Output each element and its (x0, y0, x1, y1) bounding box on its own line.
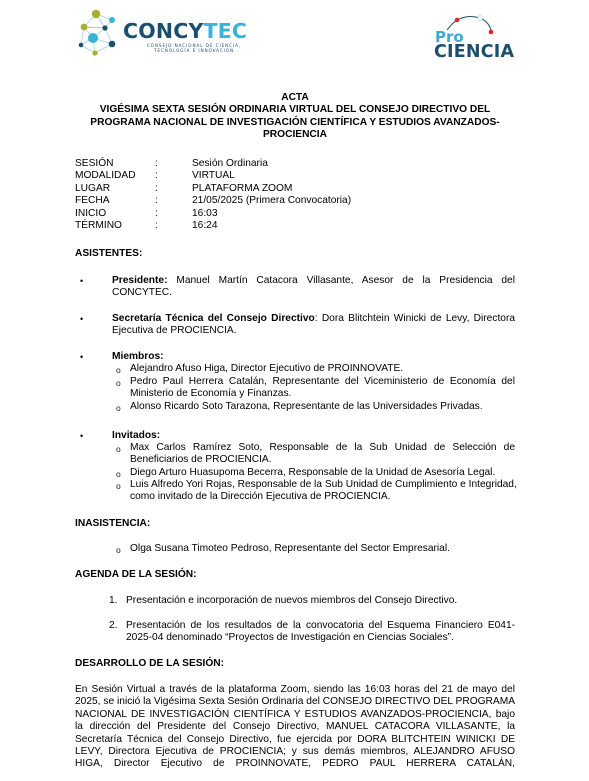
document-page: CONCYTEC CONSEJO NACIONAL DE CIENCIA, TE… (0, 0, 589, 781)
presidente-text-line2: CONCYTEC. (112, 287, 515, 299)
info-value: VIRTUAL (192, 170, 235, 182)
desarrollo-paragraph: En Sesión Virtual a través de la platafo… (75, 684, 515, 771)
agenda-item-number: 2. (109, 620, 118, 632)
paragraph-line: la dirección del Presidente del Consejo … (75, 721, 515, 733)
bullet-icon: • (80, 313, 83, 325)
prociencia-logo: Pro CIENCIA (430, 14, 530, 62)
info-value: 16:03 (192, 208, 218, 220)
info-label: SESIÓN (75, 158, 114, 170)
title-line-3: PROGRAMA NACIONAL DE INVESTIGACIÓN CIENT… (75, 117, 515, 129)
miembro-text-line2: Ministerio de Economía y Finanzas. (130, 388, 515, 400)
agenda-item-text-line1: Presentación e incorporación de nuevos m… (126, 595, 515, 607)
concytec-word-part1: CONCY (123, 19, 204, 43)
document-title: ACTA VIGÉSIMA SEXTA SESIÓN ORDINARIA VIR… (75, 92, 515, 142)
presidente-text-line1: Manuel Martín Catacora Villasante, Aseso… (167, 275, 515, 286)
sub-bullet-icon: o (116, 544, 121, 556)
info-label: LUGAR (75, 183, 110, 195)
concytec-wordmark: CONCYTEC (123, 20, 247, 42)
miembro-text-line1: Alonso Ricardo Soto Tarazona, Representa… (130, 401, 515, 413)
sub-bullet-icon: o (116, 402, 121, 414)
sub-bullet-icon: o (116, 480, 121, 492)
presidente-role: Presidente: (112, 275, 167, 286)
info-label: MODALIDAD (75, 170, 136, 182)
paragraph-line: LEVY, Directora Ejecutiva de PROCIENCIA;… (75, 746, 515, 758)
title-line-1: ACTA (75, 92, 515, 104)
invitado-text-line1: Luis Alfredo Yori Rojas, Responsable de … (130, 479, 515, 491)
info-label: FECHA (75, 195, 110, 207)
info-label: INICIO (75, 208, 106, 220)
paragraph-line: NACIONAL DE INVESTIGACIÓN CIENTÍFICA Y E… (75, 709, 515, 721)
paragraph-line: 2025, se inició la Vigésima Sexta Sesión… (75, 696, 515, 708)
info-colon: : (155, 183, 158, 195)
invitados-heading: Invitados: (112, 430, 515, 442)
bullet-icon: • (80, 430, 83, 442)
miembro-text-line1: Pedro Paul Herrera Catalán, Representant… (130, 376, 515, 388)
bullet-icon: • (80, 275, 83, 287)
invitado-text-line2: Beneficiarios de PROCIENCIA. (130, 454, 515, 466)
secretaria-role: Secretaría Técnica del Consejo Directivo (112, 313, 315, 324)
invitado-text-line1: Max Carlos Ramírez Soto, Responsable de … (130, 442, 515, 454)
secretaria-item: Secretaría Técnica del Consejo Directivo… (112, 313, 515, 338)
invitado-text-line1: Diego Arturo Huasupoma Becerra, Responsa… (130, 467, 515, 479)
info-value: 21/05/2025 (Primera Convocatoria) (192, 195, 351, 207)
miembros-heading-text: Miembros: (112, 351, 164, 362)
info-value: PLATAFORMA ZOOM (192, 183, 292, 195)
concytec-subtitle: CONSEJO NACIONAL DE CIENCIA, TECNOLOGÍA … (134, 43, 254, 53)
miembro-text-line1: Alejandro Afuso Higa, Director Ejecutivo… (130, 363, 515, 375)
asistentes-heading: ASISTENTES: (75, 248, 142, 260)
info-colon: : (155, 170, 158, 182)
miembro-item: Alonso Ricardo Soto Tarazona, Representa… (130, 401, 515, 413)
info-label: TÉRMINO (75, 220, 122, 232)
desarrollo-heading: DESARROLLO DE LA SESIÓN: (75, 658, 224, 670)
title-line-2: VIGÉSIMA SEXTA SESIÓN ORDINARIA VIRTUAL … (75, 104, 515, 116)
agenda-item: Presentación e incorporación de nuevos m… (126, 595, 515, 607)
invitado-item: Max Carlos Ramírez Soto, Responsable de … (130, 442, 515, 467)
secretaria-text-line2: Ejecutiva de PROCIENCIA. (112, 325, 515, 337)
sub-bullet-icon: o (116, 443, 121, 455)
prociencia-ciencia-word: CIENCIA (434, 43, 514, 61)
secretaria-text-line1: : Dora Blitchtein Winicki de Levy, Direc… (315, 313, 515, 324)
sub-bullet-icon: o (116, 468, 121, 480)
sub-bullet-icon: o (116, 364, 121, 376)
agenda-heading: AGENDA DE LA SESIÓN: (75, 569, 197, 581)
miembro-item: Pedro Paul Herrera Catalán, Representant… (130, 376, 515, 401)
concytec-subtitle-line2: TECNOLOGÍA E INNOVACIÓN (134, 48, 254, 53)
invitado-text-line2: como invitado de la Dirección Ejecutiva … (130, 491, 515, 503)
info-colon: : (155, 195, 158, 207)
paragraph-line: En Sesión Virtual a través de la platafo… (75, 684, 515, 696)
info-colon: : (155, 220, 158, 232)
concytec-network-logo-icon (76, 8, 124, 58)
inasistencia-item: Olga Susana Timoteo Pedroso, Representan… (130, 543, 515, 555)
agenda-item-text-line2: 2025-04 denominado “Proyectos de Investi… (126, 632, 515, 644)
inasistencia-text: Olga Susana Timoteo Pedroso, Representan… (130, 543, 515, 555)
agenda-item-text-line1: Presentación de los resultados de la con… (126, 620, 515, 632)
info-colon: : (155, 208, 158, 220)
info-colon: : (155, 158, 158, 170)
paragraph-line: HIGA, Director Ejecutivo de PROINNOVATE,… (75, 758, 515, 770)
invitado-item: Diego Arturo Huasupoma Becerra, Responsa… (130, 467, 515, 479)
miembro-item: Alejandro Afuso Higa, Director Ejecutivo… (130, 363, 515, 375)
presidente-item: Presidente: Manuel Martín Catacora Villa… (112, 275, 515, 300)
paragraph-line: Secretaría Técnica del Consejo Directivo… (75, 734, 515, 746)
miembros-heading: Miembros: (112, 351, 515, 363)
concytec-word-part2: TEC (204, 19, 248, 43)
bullet-icon: • (80, 351, 83, 363)
info-value: 16:24 (192, 220, 218, 232)
invitados-heading-text: Invitados: (112, 430, 160, 441)
invitado-item: Luis Alfredo Yori Rojas, Responsable de … (130, 479, 515, 504)
agenda-item: Presentación de los resultados de la con… (126, 620, 515, 645)
title-line-4: PROCIENCIA (75, 129, 515, 141)
concytec-logo: CONCYTEC CONSEJO NACIONAL DE CIENCIA, TE… (76, 8, 256, 58)
inasistencia-heading: INASISTENCIA: (75, 518, 150, 530)
agenda-item-number: 1. (109, 595, 118, 607)
sub-bullet-icon: o (116, 377, 121, 389)
info-value: Sesión Ordinaria (192, 158, 268, 170)
